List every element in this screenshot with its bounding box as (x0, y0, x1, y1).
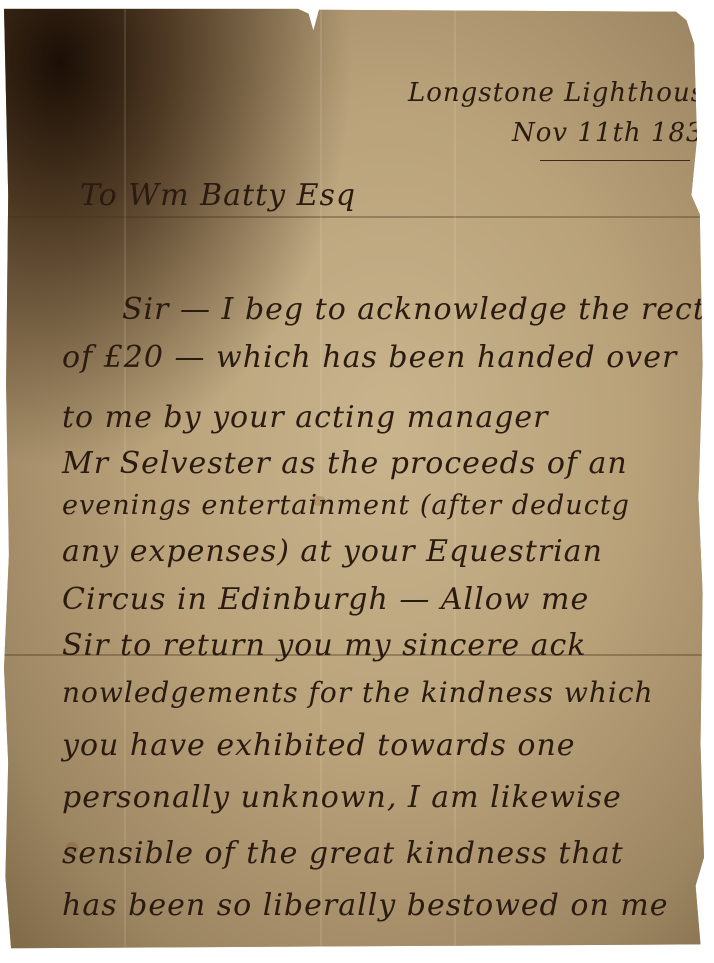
body-line: has been so liberally bestowed on me (62, 888, 669, 923)
body-line: nowledgements for the kindness which (62, 676, 654, 709)
date-underline (540, 160, 690, 161)
letter-date: Nov 11th 1838 (512, 118, 714, 148)
body-line: any expenses) at your Equestrian (62, 534, 603, 569)
body-line: evenings entertainment (after deductg (62, 490, 630, 521)
body-line: personally unknown, I am likewise (62, 780, 622, 815)
body-line: Sir to return you my sincere ack (62, 628, 587, 663)
body-line: you have exhibited towards one (62, 728, 576, 763)
body-line: Mr Selvester as the proceeds of an (62, 446, 628, 481)
letter-paper: Longstone Lighthouse Nov 11th 1838 To Wm… (4, 6, 704, 952)
body-line: sensible of the great kindness that (62, 836, 624, 871)
salutation: To Wm Batty Esq (80, 178, 356, 213)
fold-crease (4, 216, 704, 218)
body-line: Circus in Edinburgh — Allow me (62, 582, 589, 617)
body-line: to me by your acting manager (62, 400, 549, 435)
body-line: of £20 — which has been handed over (62, 340, 677, 375)
letter-place: Longstone Lighthouse (408, 78, 714, 108)
body-line: Sir — I beg to acknowledge the rect (122, 292, 706, 327)
